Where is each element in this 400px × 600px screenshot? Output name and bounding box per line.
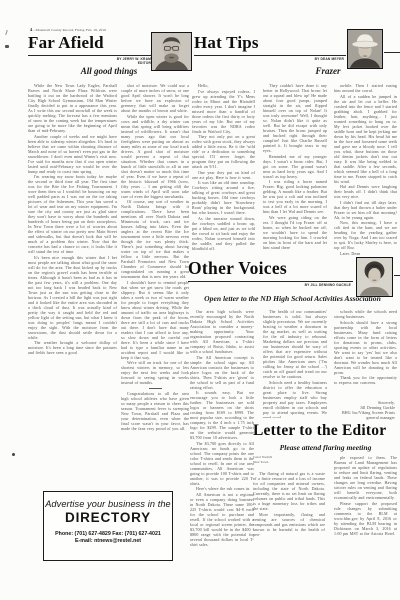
other-voices-column-1: Our area high schools were recently enco… [190,309,254,547]
letter-to-editor-title: Letter to the Editor [253,422,386,440]
far-afield-byline: BY JERRY W. KRAM EDITOR [60,57,151,66]
far-afield-title: Far Afield [28,33,104,53]
masthead-text: —Mountrail County Record, Friday, Feb. 1… [32,28,106,32]
far-afield-column-1: While the New Town Lady Eagles, Parshall… [28,83,117,487]
man-with-glasses-and-beard-portrait [152,33,191,70]
hat-tips-headline: Frazer [258,66,398,76]
column-divider [149,388,162,389]
ad-phone-fax: Phone: (701) 627-4829 Fax: (701) 627-402… [44,531,172,537]
hat-tips-rule-right [384,52,400,53]
far-afield-column-2-part1: shot of moisture. We could use a couple … [121,83,189,385]
woman-portrait [357,258,392,296]
far-afield-rule [28,55,151,56]
far-afield-column-2: shot of moisture. We could use a couple … [121,83,189,487]
other-voices-byline: BY JILL DENNING GACKLE [240,283,351,287]
newspaper-page: 4—Mountrail County Record, Friday, Feb. … [0,0,400,600]
ad-email: E-mail: ntnews@restel.net [44,538,172,544]
hat-tips-byline-name: BY DEAN MEYER [260,57,344,61]
scan-artifact-dot [12,453,15,456]
hat-tips-byline: BY DEAN MEYER [260,57,344,61]
other-voices-headline: Open letter to the ND High School Activi… [188,294,397,303]
hat-tips-column-3: awhile. Then I started easing him around… [334,83,397,255]
other-voices-rule-right [394,275,400,276]
ad-tagline: Advertise your business in the [44,499,172,509]
other-voices-rule [188,281,353,282]
other-voices-column-3: schools while the schools need strong bu… [334,309,397,421]
other-voices-closing: Sincerely,Jill Denning GackleBHG Inc/Vik… [342,400,395,420]
man-with-cowboy-hat-portrait [348,30,382,68]
other-voices-columnist-photo [356,257,393,297]
page-masthead: 4—Mountrail County Record, Friday, Feb. … [30,27,106,32]
hat-tips-columnist-photo [347,29,383,69]
letter-signature: Carol VoeltchNew Town [253,455,272,464]
other-voices-byline-name: BY JILL DENNING GACKLE [240,283,351,287]
far-afield-headline: All good things [28,66,190,76]
other-voices-column-3-text: schools while the schools need strong bu… [334,309,397,385]
letter-column-2: ple exposed to them. The Bureau of Land … [334,455,397,548]
hat-tips-column-2: They couldn't have done it any better in… [263,83,327,255]
hat-tips-column-1: Hello,I've always enjoyed rodeos. I grew… [192,83,255,255]
far-afield-column-2-part2: Congratulations to all the area high sch… [121,391,189,431]
directory-ad-box: Advertise your business in the DIRECTORY… [43,491,173,561]
hat-tips-title: Hat Tips [194,33,259,53]
scan-artifact-smudge [5,45,9,48]
hat-tips-rule [194,55,346,56]
ad-title: DIRECTORY [44,510,172,525]
other-voices-title: Other Voices [188,258,287,279]
letter-column-1: The flaring of natural gas is a waste of… [253,471,325,565]
other-voices-column-2: The health of our communities' businesse… [263,309,327,418]
scan-artifact-slash [5,30,7,35]
letter-to-editor-headline: Please attend flaring meeting [253,443,398,452]
